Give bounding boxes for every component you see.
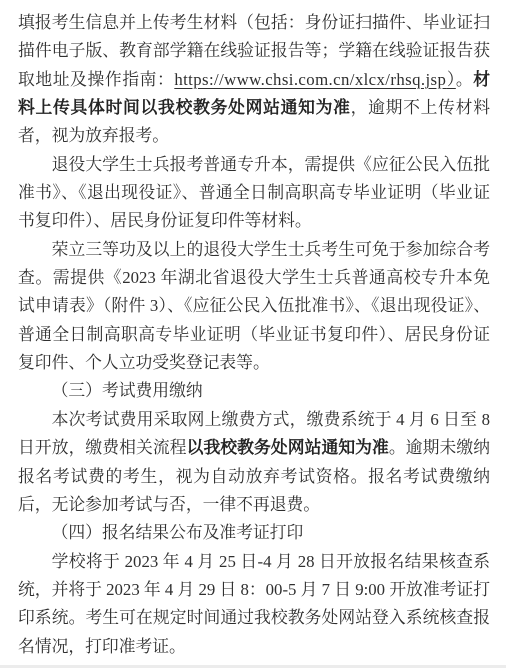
text-run: （四）报名结果公布及准考证打印 bbox=[52, 523, 304, 542]
text-run: ） bbox=[446, 70, 456, 89]
paragraph-upload-materials: 填报考生信息并上传考生材料（包括：身份证扫描件、毕业证扫描件电子版、教育部学籍在… bbox=[18, 9, 490, 151]
paragraph-merit-exemption: 荣立三等功及以上的退役大学生士兵考生可免于参加综合考查。需提供《2023 年湖北… bbox=[18, 236, 490, 378]
text-run: （三）考试费用缴纳 bbox=[52, 381, 203, 400]
document-body: 填报考生信息并上传考生材料（包括：身份证扫描件、毕业证扫描件电子版、教育部学籍在… bbox=[18, 9, 490, 661]
paragraph-result-publication-details: 学校将于 2023 年 4 月 25 日-4 月 28 日开放报名结果核查系统，… bbox=[18, 548, 490, 661]
text-run: 。 bbox=[456, 70, 473, 89]
text-run: 荣立三等功及以上的退役大学生士兵考生可免于参加综合考查。需提供《2023 年湖北… bbox=[18, 240, 490, 372]
bold-text-run: 以我校教务处网站通知为准 bbox=[187, 438, 389, 457]
chsi-url-link[interactable]: https://www.chsi.com.cn/xlcx/rhsq.jsp bbox=[174, 70, 446, 89]
text-run: 学校将于 2023 年 4 月 25 日-4 月 28 日开放报名结果核查系统，… bbox=[18, 552, 490, 656]
text-run: 退役大学生士兵报考普通专升本，需提供《应征公民入伍批准书》、《退出现役证》、普通… bbox=[18, 155, 490, 231]
paragraph-heading-fee-payment: （三）考试费用缴纳 bbox=[18, 377, 490, 405]
paragraph-veteran-materials: 退役大学生士兵报考普通专升本，需提供《应征公民入伍批准书》、《退出现役证》、普通… bbox=[18, 151, 490, 236]
paragraph-fee-payment-details: 本次考试费用采取网上缴费方式，缴费系统于 4 月 6 日至 8 日开放，缴费相关… bbox=[18, 406, 490, 519]
document-page: 填报考生信息并上传考生材料（包括：身份证扫描件、毕业证扫描件电子版、教育部学籍在… bbox=[0, 0, 506, 668]
paragraph-heading-result-publication: （四）报名结果公布及准考证打印 bbox=[18, 519, 490, 547]
